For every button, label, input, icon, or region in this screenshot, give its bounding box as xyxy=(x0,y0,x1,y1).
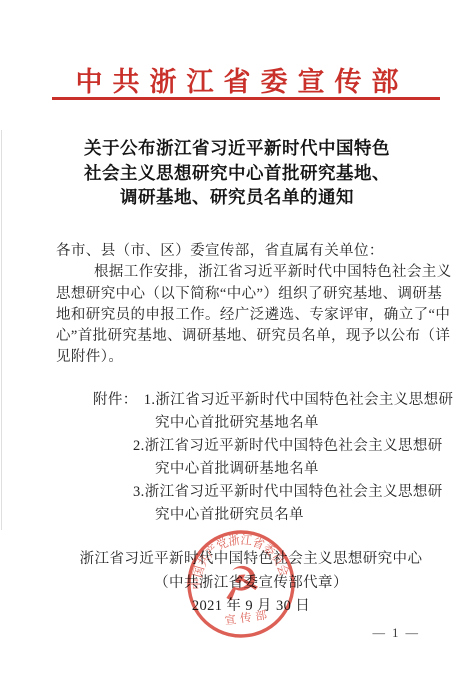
attachment-1-continuation: 究中心首批研究基地名单 xyxy=(0,412,474,435)
page-number: — 1 — xyxy=(373,626,421,641)
paragraph-line: 心”首批研究基地、调研基地、研究员名单，现予以公布（详 xyxy=(56,326,426,347)
paragraph-line: 见附件）。 xyxy=(56,347,426,368)
attachment-2-number: 2. xyxy=(133,438,145,454)
hammer-sickle-emblem-icon: ☭ xyxy=(217,554,264,612)
title-line-3: 调研基地、研究员名单的通知 xyxy=(0,185,474,210)
salutation-line: 各市、县（市、区）委宣传部，省直属有关单位： xyxy=(56,241,426,262)
document-title: 关于公布浙江省习近平新时代中国特色 社会主义思想研究中心首批研究基地、 调研基地… xyxy=(0,136,474,210)
body-text: 各市、县（市、区）委宣传部，省直属有关单位： 根据工作安排，浙江省习近平新时代中… xyxy=(56,241,426,369)
attachment-list: 附件：1.浙江省习近平新时代中国特色社会主义思想研 究中心首批研究基地名单 2.… xyxy=(0,389,474,527)
paragraph-line: 地和研究员的申报工作。经广泛遴选、专家评审，确立了“中 xyxy=(56,305,426,326)
attachment-1-number: 1. xyxy=(144,392,156,408)
attachment-item-3: 3.浙江省习近平新时代中国特色社会主义思想研 xyxy=(0,481,474,504)
paragraph-line: 根据工作安排，浙江省习近平新时代中国特色社会主义 xyxy=(56,262,426,283)
attachment-label: 附件： xyxy=(93,392,144,408)
attachment-3-text: 浙江省习近平新时代中国特色社会主义思想研 xyxy=(145,484,443,500)
letterhead-org-name: 中共浙江省委宣传部 xyxy=(0,60,474,99)
attachment-item-2: 2.浙江省习近平新时代中国特色社会主义思想研 xyxy=(0,435,474,458)
paragraph-line: 思想研究中心（以下简称“中心”）组织了研究基地、调研基 xyxy=(56,284,426,305)
official-seal: ☭ 中国共产党浙江省委员会 宣传部 xyxy=(177,520,306,649)
document-page: 中共浙江省委宣传部 关于公布浙江省习近平新时代中国特色 社会主义思想研究中心首批… xyxy=(0,0,474,678)
title-line-1: 关于公布浙江省习近平新时代中国特色 xyxy=(0,136,474,161)
attachment-item-1: 附件：1.浙江省习近平新时代中国特色社会主义思想研 xyxy=(0,389,474,412)
letterhead-divider xyxy=(52,97,440,100)
attachment-3-number: 3. xyxy=(133,484,145,500)
title-line-2: 社会主义思想研究中心首批研究基地、 xyxy=(0,161,474,186)
attachment-2-text: 浙江省习近平新时代中国特色社会主义思想研 xyxy=(145,438,443,454)
attachment-2-continuation: 究中心首批调研基地名单 xyxy=(0,458,474,481)
attachment-1-text: 浙江省习近平新时代中国特色社会主义思想研 xyxy=(155,392,453,408)
attachment-3-continuation: 究中心首批研究员名单 xyxy=(0,504,474,527)
